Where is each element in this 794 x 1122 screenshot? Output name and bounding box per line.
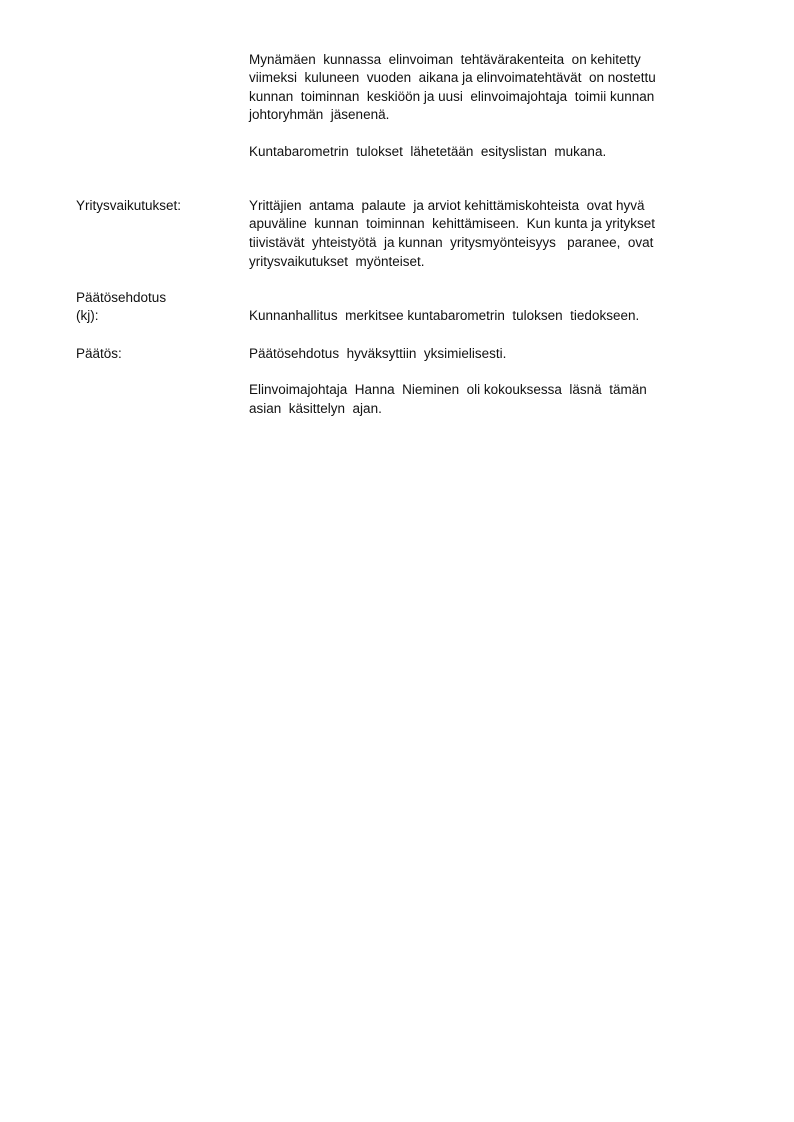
intro-line: Mynämäen kunnassa elinvoiman tehtävärake… — [249, 52, 641, 68]
intro-note: Kuntabarometrin tulokset lähetetään esit… — [249, 144, 606, 160]
business-impacts-line: tiivistävät yhteistyötä ja kunnan yritys… — [249, 235, 653, 251]
intro-line: kunnan toiminnan keskiöön ja uusi elinvo… — [249, 89, 654, 105]
business-impacts-label: Yritysvaikutukset: — [76, 198, 181, 214]
business-impacts-line: yritysvaikutukset myönteiset. — [249, 254, 425, 270]
business-impacts-line: Yrittäjien antama palaute ja arviot kehi… — [249, 198, 644, 214]
decision-proposal-label: Päätösehdotus — [76, 290, 166, 306]
decision-proposal-text: Kunnanhallitus merkitsee kuntabarometrin… — [249, 308, 639, 324]
business-impacts-line: apuväline kunnan toiminnan kehittämiseen… — [249, 216, 655, 232]
decision-proposal-label-suffix: (kj): — [76, 308, 99, 324]
decision-text: Päätösehdotus hyväksyttiin yksimielisest… — [249, 346, 506, 362]
decision-note-line: Elinvoimajohtaja Hanna Nieminen oli koko… — [249, 382, 647, 398]
decision-label: Päätös: — [76, 346, 122, 362]
intro-line: viimeksi kuluneen vuoden aikana ja elinv… — [249, 70, 656, 86]
decision-note-line: asian käsittelyn ajan. — [249, 401, 382, 417]
intro-line: johtoryhmän jäsenenä. — [249, 107, 389, 123]
